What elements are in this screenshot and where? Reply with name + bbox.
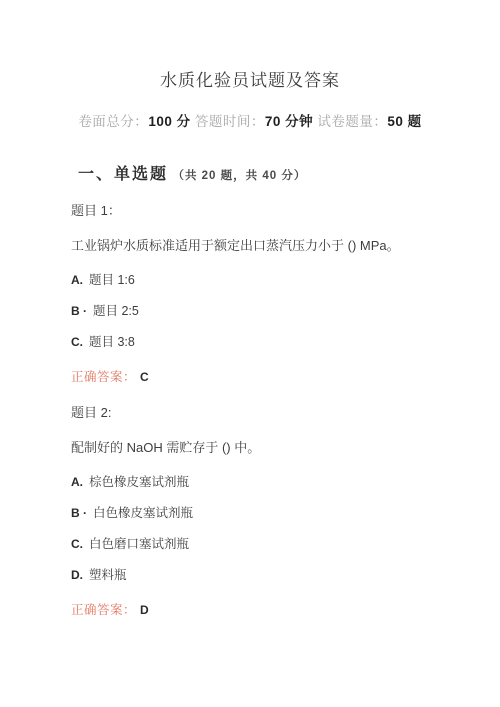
answer-row: 正确答案：D xyxy=(71,602,460,619)
option-row: C.题目 3:8 xyxy=(71,334,460,351)
section-note: （共 20 题，共 40 分） xyxy=(172,170,306,182)
meta-value: 50 题 xyxy=(387,114,421,129)
option-row: A.题目 1:6 xyxy=(71,272,460,289)
option-text: 题目 1:6 xyxy=(89,273,135,287)
question-block: 题目 2: 配制好的 NaOH 需贮存于 () 中。 A.棕色橡皮塞试剂瓶 B … xyxy=(71,404,460,619)
page-title: 水质化验员试题及答案 xyxy=(0,66,500,91)
question-header: 题目 2: xyxy=(71,404,460,421)
meta-label: 卷面总分： xyxy=(78,114,148,129)
option-list: A.棕色橡皮塞试剂瓶 B ·白色橡皮塞试剂瓶 C.白色磨口塞试剂瓶 D.塑料瓶 xyxy=(71,474,460,584)
section-title: 一、单选题 xyxy=(78,166,168,183)
option-label: A. xyxy=(71,475,83,489)
option-list: A.题目 1:6 B ·题目 2:5 C.题目 3:8 xyxy=(71,272,460,351)
option-text: 塑料瓶 xyxy=(89,568,127,582)
section-heading: 一、单选题 （共 20 题，共 40 分） xyxy=(0,161,500,184)
answer-value: D xyxy=(140,603,149,617)
exam-meta: 卷面总分：100 分 答题时间：70 分钟 试卷题量：50 题 xyxy=(0,112,500,132)
question-list: 题目 1： 工业锅炉水质标准适用于额定出口蒸汽压力小于 () MPa。 A.题目… xyxy=(0,202,500,619)
option-label: C. xyxy=(71,537,83,551)
exam-document: 水质化验员试题及答案 卷面总分：100 分 答题时间：70 分钟 试卷题量：50… xyxy=(0,66,500,619)
question-stem: 工业锅炉水质标准适用于额定出口蒸汽压力小于 () MPa。 xyxy=(71,237,460,254)
option-text: 题目 2:5 xyxy=(93,304,139,318)
option-text: 白色磨口塞试剂瓶 xyxy=(89,537,189,551)
option-text: 白色橡皮塞试剂瓶 xyxy=(93,506,193,520)
meta-label: 答题时间： xyxy=(195,114,265,129)
option-text: 棕色橡皮塞试剂瓶 xyxy=(89,475,189,489)
meta-value: 70 分钟 xyxy=(265,114,313,129)
meta-value: 100 分 xyxy=(148,114,190,129)
question-header: 题目 1： xyxy=(71,202,460,219)
answer-label: 正确答案： xyxy=(71,603,136,617)
option-row: A.棕色橡皮塞试剂瓶 xyxy=(71,474,460,491)
option-row: D.塑料瓶 xyxy=(71,567,460,584)
option-label: B · xyxy=(71,304,87,318)
answer-row: 正确答案：C xyxy=(71,369,460,386)
option-label: A. xyxy=(71,273,83,287)
answer-label: 正确答案： xyxy=(71,370,136,384)
meta-pair: 卷面总分：100 分 xyxy=(78,114,190,129)
option-row: B ·白色橡皮塞试剂瓶 xyxy=(71,505,460,522)
meta-pair: 答题时间：70 分钟 xyxy=(195,114,313,129)
meta-label: 试卷题量： xyxy=(317,114,387,129)
option-row: C.白色磨口塞试剂瓶 xyxy=(71,536,460,553)
meta-pair: 试卷题量：50 题 xyxy=(317,114,421,129)
answer-value: C xyxy=(140,370,149,384)
option-label: C. xyxy=(71,335,83,349)
question-block: 题目 1： 工业锅炉水质标准适用于额定出口蒸汽压力小于 () MPa。 A.题目… xyxy=(71,202,460,386)
option-row: B ·题目 2:5 xyxy=(71,303,460,320)
option-label: B · xyxy=(71,506,87,520)
question-stem: 配制好的 NaOH 需贮存于 () 中。 xyxy=(71,439,460,456)
option-label: D. xyxy=(71,568,83,582)
option-text: 题目 3:8 xyxy=(89,335,135,349)
